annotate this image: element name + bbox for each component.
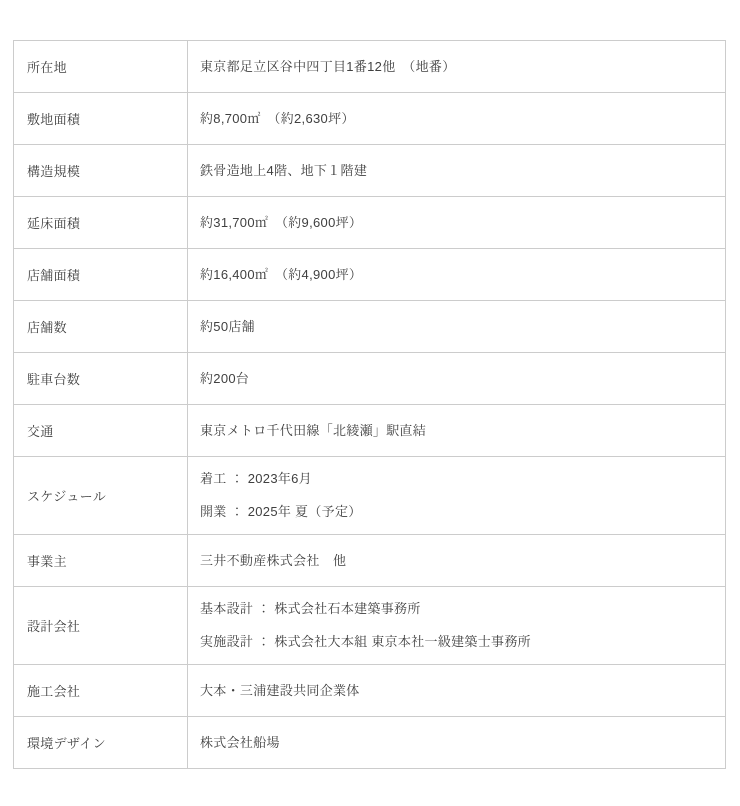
row-value: 三井不動産株式会社 他 (188, 535, 726, 587)
row-value-line: 約8,700㎡ （約2,630坪） (200, 109, 713, 129)
table-row: スケジュール 着工 ： 2023年6月開業 ： 2025年 夏（予定） (14, 457, 726, 535)
row-value: 約50店舗 (188, 301, 726, 353)
row-label: 延床面積 (14, 197, 188, 249)
row-value: 株式会社船場 (188, 717, 726, 769)
table-row: 店舗数 約50店舗 (14, 301, 726, 353)
table-row: 環境デザイン 株式会社船場 (14, 717, 726, 769)
table-row: 店舗面積 約16,400㎡ （約4,900坪） (14, 249, 726, 301)
row-value: 約31,700㎡ （約9,600坪） (188, 197, 726, 249)
row-value-line: 実施設計 ： 株式会社大本組 東京本社一級建築士事務所 (200, 632, 713, 652)
row-label: 店舗面積 (14, 249, 188, 301)
table-row: 駐車台数 約200台 (14, 353, 726, 405)
row-label: 店舗数 (14, 301, 188, 353)
row-value: 約8,700㎡ （約2,630坪） (188, 93, 726, 145)
row-value-line: 三井不動産株式会社 他 (200, 551, 713, 571)
row-label: 交通 (14, 405, 188, 457)
row-value: 基本設計 ： 株式会社石本建築事務所実施設計 ： 株式会社大本組 東京本社一級建… (188, 587, 726, 665)
row-label: 構造規模 (14, 145, 188, 197)
row-value: 東京メトロ千代田線「北綾瀬」駅直結 (188, 405, 726, 457)
row-label: 事業主 (14, 535, 188, 587)
table-row: 延床面積 約31,700㎡ （約9,600坪） (14, 197, 726, 249)
property-spec-table-body: 所在地 東京都足立区谷中四丁目1番12他 （地番） 敷地面積 約8,700㎡ （… (14, 41, 726, 769)
row-value: 約200台 (188, 353, 726, 405)
row-value: 約16,400㎡ （約4,900坪） (188, 249, 726, 301)
row-label: スケジュール (14, 457, 188, 535)
row-value-line: 開業 ： 2025年 夏（予定） (200, 502, 713, 522)
row-value-line: 約50店舗 (200, 317, 713, 337)
table-row: 所在地 東京都足立区谷中四丁目1番12他 （地番） (14, 41, 726, 93)
table-row: 施工会社 大本・三浦建設共同企業体 (14, 665, 726, 717)
row-label: 所在地 (14, 41, 188, 93)
property-spec-table: 所在地 東京都足立区谷中四丁目1番12他 （地番） 敷地面積 約8,700㎡ （… (13, 40, 726, 769)
row-value: 着工 ： 2023年6月開業 ： 2025年 夏（予定） (188, 457, 726, 535)
table-row: 設計会社 基本設計 ： 株式会社石本建築事務所実施設計 ： 株式会社大本組 東京… (14, 587, 726, 665)
row-label: 施工会社 (14, 665, 188, 717)
row-value-line: 約200台 (200, 369, 713, 389)
row-value-line: 東京メトロ千代田線「北綾瀬」駅直結 (200, 421, 713, 441)
row-label: 環境デザイン (14, 717, 188, 769)
row-value-line: 東京都足立区谷中四丁目1番12他 （地番） (200, 57, 713, 77)
row-label: 敷地面積 (14, 93, 188, 145)
row-value: 東京都足立区谷中四丁目1番12他 （地番） (188, 41, 726, 93)
page: 所在地 東京都足立区谷中四丁目1番12他 （地番） 敷地面積 約8,700㎡ （… (0, 0, 740, 769)
row-value-line: 鉄骨造地上4階、地下１階建 (200, 161, 713, 181)
row-value-line: 着工 ： 2023年6月 (200, 469, 713, 489)
row-value: 大本・三浦建設共同企業体 (188, 665, 726, 717)
row-value-line: 基本設計 ： 株式会社石本建築事務所 (200, 599, 713, 619)
row-value-line: 約16,400㎡ （約4,900坪） (200, 265, 713, 285)
row-value-line: 約31,700㎡ （約9,600坪） (200, 213, 713, 233)
table-row: 構造規模 鉄骨造地上4階、地下１階建 (14, 145, 726, 197)
row-value-line: 株式会社船場 (200, 733, 713, 753)
table-row: 交通 東京メトロ千代田線「北綾瀬」駅直結 (14, 405, 726, 457)
row-label: 駐車台数 (14, 353, 188, 405)
row-label: 設計会社 (14, 587, 188, 665)
table-row: 事業主 三井不動産株式会社 他 (14, 535, 726, 587)
row-value: 鉄骨造地上4階、地下１階建 (188, 145, 726, 197)
row-value-line: 大本・三浦建設共同企業体 (200, 681, 713, 701)
table-row: 敷地面積 約8,700㎡ （約2,630坪） (14, 93, 726, 145)
